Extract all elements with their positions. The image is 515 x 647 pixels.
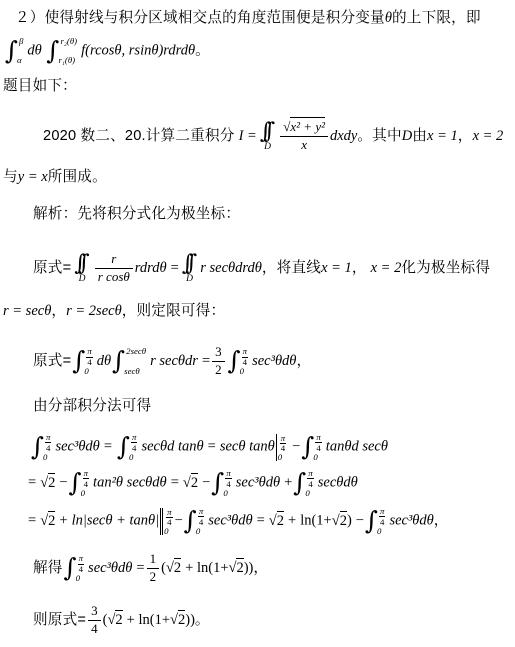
integral-limits: π40 [84, 346, 92, 376]
formula-step-1: 原式=∫∫Drr cosθrdrdθ =∫∫Dr secθdrdθ，将直线x =… [33, 252, 490, 285]
minus: − [202, 475, 210, 491]
rparens: )) [244, 560, 254, 576]
math-run: x = 1 [427, 128, 458, 144]
equals: = [202, 353, 210, 369]
equals: = [171, 475, 179, 491]
pi: π [45, 433, 51, 443]
problem-statement-cont: 与y = x所围成。 [3, 167, 107, 187]
math-run: rdrdθ [135, 260, 167, 276]
cn-comma: ， [51, 303, 66, 319]
fraction-numerator: 1 [147, 552, 160, 568]
equals: = [171, 260, 179, 276]
fraction-numerator: r [95, 252, 133, 268]
fraction-denominator: 4 [88, 620, 101, 637]
equals: = [28, 513, 36, 529]
cn-comma: ， [296, 353, 311, 369]
integral-limits: π40 [81, 468, 89, 498]
fraction-numerator: 3 [88, 604, 101, 620]
pi-over-4: π4 [225, 469, 231, 489]
sqrt: √x² + y² [283, 117, 325, 134]
upper-limit-pi-4: π4 [45, 433, 51, 453]
integral: ∫π40 [64, 553, 87, 583]
math-run: f(rcosθ, rsinθ)rdrdθ [81, 43, 195, 59]
math-run: tan²θ secθdθ [93, 475, 167, 491]
sqrt-sign: √ [40, 475, 48, 491]
cn-text: ，将直线 [262, 260, 321, 276]
double-integral-sign: ∫∫ [182, 252, 197, 275]
pi: π [307, 469, 313, 479]
pi: π [131, 433, 137, 443]
cn-comma: ， [434, 513, 449, 529]
math-run: r = 2secθ [66, 303, 122, 319]
math-run: x = 2 [371, 260, 402, 276]
sqrt-sign: √ [269, 513, 277, 529]
cn-text: 题目如下： [3, 78, 77, 94]
sqrt: √2 [166, 559, 181, 576]
formula-step-3: 原式=∫π40dθ∫2secθsecθr secθdr =32∫π40sec³θ… [33, 345, 311, 378]
math-run: sec³θdθ [88, 560, 132, 576]
pi-over-4: π4 [86, 347, 92, 367]
upper-limit-pi-4: π4 [307, 469, 313, 489]
upper-limit-pi-4: π4 [315, 433, 321, 453]
pi-over-4: π4 [45, 433, 51, 453]
integral-limits: 2secθsecθ [124, 346, 146, 376]
lower-limit-zero: 0 [196, 527, 200, 536]
cn-comma: ， [352, 260, 367, 276]
sqrt: √2 [40, 474, 55, 491]
math-run: + ln(1+ [185, 560, 228, 576]
upper-limit-beta: β [19, 37, 23, 46]
lower-limit-zero: 0 [76, 574, 80, 583]
integral: ∫r₂(θ)r₁(θ) [46, 36, 80, 66]
sqrt: √2 [269, 512, 284, 529]
lower-limit-zero: 0 [164, 527, 168, 536]
math-run: r secθdr [150, 353, 198, 369]
integral-limits: π40 [305, 468, 313, 498]
integral-limits: π40 [129, 432, 137, 462]
sqrt: √2 [40, 512, 55, 529]
integral: ∫π40 [184, 506, 207, 536]
problem-statement: 2020 数二、20.计算二重积分 I =∫∫D√x² + y²xdxdy。其中… [43, 120, 503, 153]
math-run: + ln(1+ [127, 612, 170, 628]
cn-text: 解得 [33, 560, 63, 576]
integral-limits: π40 [43, 432, 51, 462]
math-run: x = 1 [321, 260, 352, 276]
double-bar [160, 508, 163, 535]
plus: + [288, 513, 296, 529]
formula-polar-general: ∫βαdθ ∫r₂(θ)r₁(θ)f(rcosθ, rsinθ)rdrdθ。 [4, 36, 210, 66]
fraction-numerator: √x² + y² [280, 120, 328, 136]
double-integral: ∫∫D [74, 252, 89, 284]
cn-period: 。 [195, 612, 210, 628]
integral: ∫π40 [211, 468, 234, 498]
minus: − [292, 439, 300, 455]
lower-limit-alpha: α [17, 56, 22, 65]
formula-step-4: ∫π40sec³θdθ = ∫π40secθd tanθ = secθ tanθ… [30, 432, 388, 462]
formula-step-6: = √2 + ln|secθ + tanθ|π40−∫π40sec³θdθ = … [28, 506, 449, 536]
pi: π [242, 347, 248, 357]
minus: − [59, 475, 67, 491]
cn-text: ，则定限可得： [122, 303, 226, 319]
cn-text: 解析：先将积分式化为极坐标： [33, 206, 240, 222]
double-integral: ∫∫D [260, 120, 275, 152]
pi: π [83, 469, 89, 479]
upper-limit-r2: r₂(θ) [60, 37, 77, 46]
lower-limit-r1: r₁(θ) [58, 56, 75, 65]
pi-over-4: π4 [83, 469, 89, 489]
integral: ∫π40 [365, 506, 388, 536]
fraction: 12 [147, 552, 160, 585]
equals: = [104, 439, 112, 455]
math-run: x = 2 [473, 128, 504, 144]
region-subscript: D [264, 143, 271, 152]
theta-variable: θ [385, 10, 392, 26]
fraction: 32 [212, 345, 225, 378]
cn-text: 。其中 [357, 128, 401, 144]
bar [276, 434, 277, 461]
cn-text: 原式= [33, 353, 71, 369]
rparens: )) [185, 612, 195, 628]
eval-limits: π40 [164, 507, 172, 536]
integral-limits: π40 [377, 506, 385, 536]
cn-comma: ， [458, 128, 473, 144]
upper-limit-pi-4: π4 [225, 469, 231, 489]
document-page: ２）使得射线与积分区域相交点的角度范围便是积分变量θ的上下限，即 ∫βαdθ ∫… [0, 0, 515, 647]
sqrt-sign: √ [183, 475, 191, 491]
sqrt-radicand: 2 [340, 511, 347, 529]
integration-by-parts-label: 由分部积分法可得 [33, 396, 151, 416]
upper-limit-pi-4: π4 [198, 507, 204, 527]
rparen: ) [347, 513, 352, 529]
integral-limits: π40 [76, 553, 84, 583]
equals: = [208, 439, 216, 455]
math-run: sec³θdθ [208, 513, 252, 529]
plus: + [59, 513, 67, 529]
fraction-denominator: r cosθ [95, 268, 133, 285]
region-subscript: D [79, 275, 86, 284]
cn-text: ２）使得射线与积分区域相交点的角度范围便是积分变量 [15, 10, 385, 26]
lower-limit-zero: 0 [84, 367, 88, 376]
pi-over-4: π4 [131, 433, 137, 453]
integral: ∫2secθsecθ [112, 346, 149, 376]
cn-text: 2020 数二、20.计算二重积分 [43, 128, 235, 144]
math-run: ln|secθ + tanθ| [72, 513, 160, 529]
pi-over-4: π4 [78, 554, 84, 574]
sqrt: √2 [332, 512, 347, 529]
math-run: dxdy [330, 128, 357, 144]
integral: ∫π40 [301, 432, 324, 462]
integral: ∫π40 [293, 468, 316, 498]
integral-limits: π40 [240, 346, 248, 376]
cn-comma: ， [253, 560, 268, 576]
eval-limits: π40 [278, 433, 286, 462]
math-run: r = secθ [3, 303, 51, 319]
integral: ∫π40 [228, 346, 251, 376]
lower-limit-zero: 0 [43, 453, 47, 462]
pi-over-4: π4 [280, 434, 286, 454]
region-subscript: D [186, 275, 193, 284]
math-run: sec³θdθ [55, 439, 99, 455]
lower-limit-zero: 0 [129, 453, 133, 462]
sqrt-radicand: 2 [48, 473, 55, 491]
evaluation-bar: π40 [276, 433, 287, 462]
evaluation-bar-double: π40 [160, 507, 173, 536]
pi-over-4: π4 [379, 507, 385, 527]
cn-text: 由 [412, 128, 427, 144]
math-run: dθ [97, 353, 111, 369]
cn-text: 化为极坐标得 [401, 260, 490, 276]
cn-text: 的上下限，即 [392, 10, 481, 26]
sqrt-sign: √ [166, 560, 174, 576]
cn-text: 所围成。 [48, 169, 107, 185]
plus: + [284, 475, 292, 491]
pi: π [78, 554, 84, 564]
fraction: √x² + y²x [280, 120, 328, 153]
math-run: tanθd secθ [326, 439, 388, 455]
math-run: secθdθ [318, 475, 358, 491]
upper-limit-2sec: 2secθ [126, 347, 146, 356]
fraction-denominator: x [280, 136, 328, 153]
fraction-denominator: 2 [212, 361, 225, 378]
formula-final-answer: 则原式=34(√2 + ln(1+√2))。 [33, 604, 210, 637]
double-integral-sign: ∫∫ [74, 252, 89, 275]
sqrt: √2 [107, 611, 122, 628]
cn-period: 。 [195, 43, 210, 59]
pi: π [315, 433, 321, 443]
integral-limits: βα [17, 36, 23, 66]
sqrt-radicand: 2 [236, 558, 243, 576]
sqrt: √2 [170, 611, 185, 628]
integral: ∫π40 [31, 432, 54, 462]
math-run: sec³θdθ [252, 353, 296, 369]
pi: π [86, 347, 92, 357]
sqrt-radicand: x² + y² [290, 117, 325, 134]
integral-limits: π40 [223, 468, 231, 498]
sqrt: √2 [229, 559, 244, 576]
fraction: rr cosθ [95, 252, 133, 285]
integral-limits: π40 [313, 432, 321, 462]
paragraph-intro: ２）使得射线与积分区域相交点的角度范围便是积分变量θ的上下限，即 [15, 8, 481, 28]
fraction-denominator: 2 [147, 568, 160, 585]
upper-limit-pi-4: π4 [166, 508, 172, 528]
pi-over-4: π4 [166, 508, 172, 528]
double-integral-sign: ∫∫ [260, 120, 275, 143]
upper-limit-pi-4: π4 [86, 347, 92, 367]
sqrt-sign: √ [332, 513, 340, 529]
math-run: dθ [27, 43, 45, 59]
sqrt-radicand: 2 [48, 511, 55, 529]
cn-text: 则原式= [33, 612, 86, 628]
formula-step-2: r = secθ，r = 2secθ，则定限可得： [3, 301, 225, 321]
sqrt-radicand: 2 [174, 558, 181, 576]
integral: ∫π40 [72, 346, 95, 376]
math-run: r secθdrdθ [200, 260, 262, 276]
pi: π [166, 508, 172, 518]
equals: = [136, 560, 144, 576]
lower-limit-zero: 0 [223, 489, 227, 498]
cn-text: 与 [3, 169, 18, 185]
upper-limit-pi-4: π4 [280, 434, 286, 454]
integral: ∫π40 [117, 432, 140, 462]
solution-intro: 解析：先将积分式化为极坐标： [33, 204, 240, 224]
upper-limit-pi-4: π4 [83, 469, 89, 489]
pi-over-4: π4 [307, 469, 313, 489]
sqrt-radicand: 2 [277, 511, 284, 529]
upper-limit-pi-4: π4 [78, 554, 84, 574]
lower-limit-sec: secθ [124, 367, 140, 376]
math-run: sec³θdθ [389, 513, 433, 529]
math-run: sec³θdθ [236, 475, 280, 491]
math-run: I = [239, 128, 257, 144]
math-run: ln(1+ [300, 513, 332, 529]
sqrt-radicand: 2 [191, 473, 198, 491]
lower-limit-zero: 0 [81, 489, 85, 498]
paragraph-problem-label: 题目如下： [3, 76, 77, 96]
math-run: secθd tanθ [141, 439, 203, 455]
math-run: secθ tanθ [220, 439, 275, 455]
lower-limit-zero: 0 [313, 453, 317, 462]
formula-result-sec3: 解得∫π40sec³θdθ =12(√2 + ln(1+√2))， [33, 552, 268, 585]
upper-limit-pi-4: π4 [242, 347, 248, 367]
lower-limit-zero: 0 [240, 367, 244, 376]
cn-text: 由分部积分法可得 [33, 398, 151, 414]
integral: ∫π40 [69, 468, 92, 498]
integral-limits: π40 [196, 506, 204, 536]
upper-limit-pi-4: π4 [131, 433, 137, 453]
sqrt: √2 [183, 474, 198, 491]
formula-step-5: = √2 −∫π40tan²θ secθdθ = √2 −∫π40sec³θdθ… [28, 468, 358, 498]
pi-over-4: π4 [315, 433, 321, 453]
pi: π [225, 469, 231, 479]
lower-limit-zero: 0 [377, 527, 381, 536]
sqrt-sign: √ [40, 513, 48, 529]
lower-limit-zero: 0 [278, 453, 282, 462]
minus: − [175, 513, 183, 529]
pi: π [198, 507, 204, 517]
pi-over-4: π4 [198, 507, 204, 527]
pi: π [379, 507, 385, 517]
sqrt-sign: √ [170, 612, 178, 628]
integral: ∫βα [5, 36, 26, 66]
integral-limits: r₂(θ)r₁(θ) [58, 36, 77, 66]
region-variable: D [402, 128, 412, 144]
lower-limit-zero: 0 [305, 489, 309, 498]
equals: = [28, 475, 36, 491]
minus: − [356, 513, 364, 529]
pi: π [280, 434, 286, 444]
cn-text: 原式= [33, 260, 71, 276]
double-integral: ∫∫D [182, 252, 197, 284]
fraction: 34 [88, 604, 101, 637]
math-run: y = x [18, 169, 48, 185]
fraction-numerator: 3 [212, 345, 225, 361]
pi-over-4: π4 [242, 347, 248, 367]
sqrt-radicand: 2 [115, 610, 122, 628]
equals: = [257, 513, 265, 529]
upper-limit-pi-4: π4 [379, 507, 385, 527]
